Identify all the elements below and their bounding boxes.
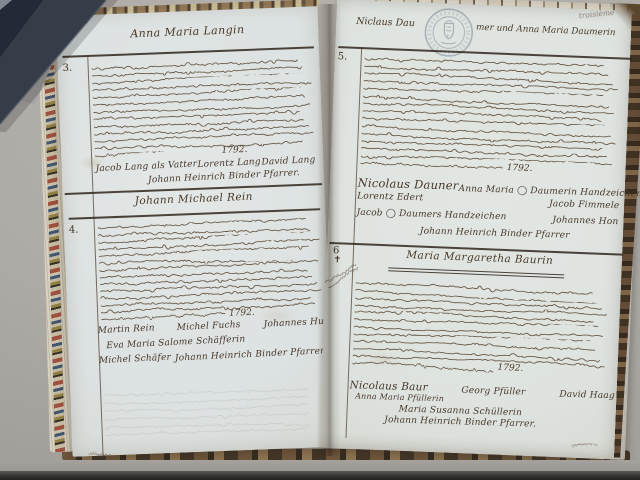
header-underline — [388, 267, 564, 278]
ink-showthrough — [104, 387, 309, 441]
entry5-body-handwriting: 1792. — [360, 55, 618, 178]
entry5-header-right: mer und Anna Maria Daumerin — [476, 23, 616, 39]
entry4-body-handwriting: 1792. — [98, 217, 323, 323]
signature-text: Martin Rein — [98, 323, 155, 336]
entry6-signatures: Nicolaus BaurGeorg PfüllerDavid HaagAnna… — [348, 379, 616, 435]
year-text: 1792. — [229, 308, 255, 319]
page-bottom-mark — [571, 443, 597, 451]
year-text: 1792. — [506, 163, 532, 174]
register-photo: Bande Anna Maria Langin 3. 1792. Jacob L… — [0, 0, 640, 480]
signature-text: Johannes Hon — [552, 215, 618, 227]
page-bottom-mark — [88, 449, 114, 457]
entry6-body-handwriting: 1792. — [352, 280, 607, 378]
entry4-number: 4. — [69, 224, 79, 235]
signature-text: Anna Maria Pfüllerin — [355, 392, 444, 404]
signature-text: Nicolaus Dauner — [358, 176, 459, 193]
signature-text: Michel Fuchs — [177, 320, 241, 333]
entry6-death-mark: ✝ — [333, 255, 341, 265]
entry4-signatures: Martin ReinMichel FuchsJohannes HuEva Ma… — [98, 317, 326, 371]
year-text: 1792. — [497, 363, 523, 374]
signature-text: Jacob Fimmele — [548, 199, 619, 211]
corner-objects — [0, 0, 340, 210]
signature-text: David Haag — [560, 390, 616, 402]
entry5-signatures: Nicolaus DaunerAnna Maria ◯ Daumerin Han… — [355, 175, 619, 249]
photo-bottom-strip — [0, 471, 640, 480]
signature-text: Michel Schäfer — [99, 353, 172, 367]
signature-text: Lorentz Edert — [357, 191, 423, 203]
signature-text: Johannes Hu — [263, 317, 324, 330]
signature-text: Georg Pfüller — [462, 386, 526, 398]
right-page: troisième Niclaus Dau mer und Anna Maria… — [319, 0, 640, 460]
entry5-header-left: Niclaus Dau — [356, 16, 415, 29]
